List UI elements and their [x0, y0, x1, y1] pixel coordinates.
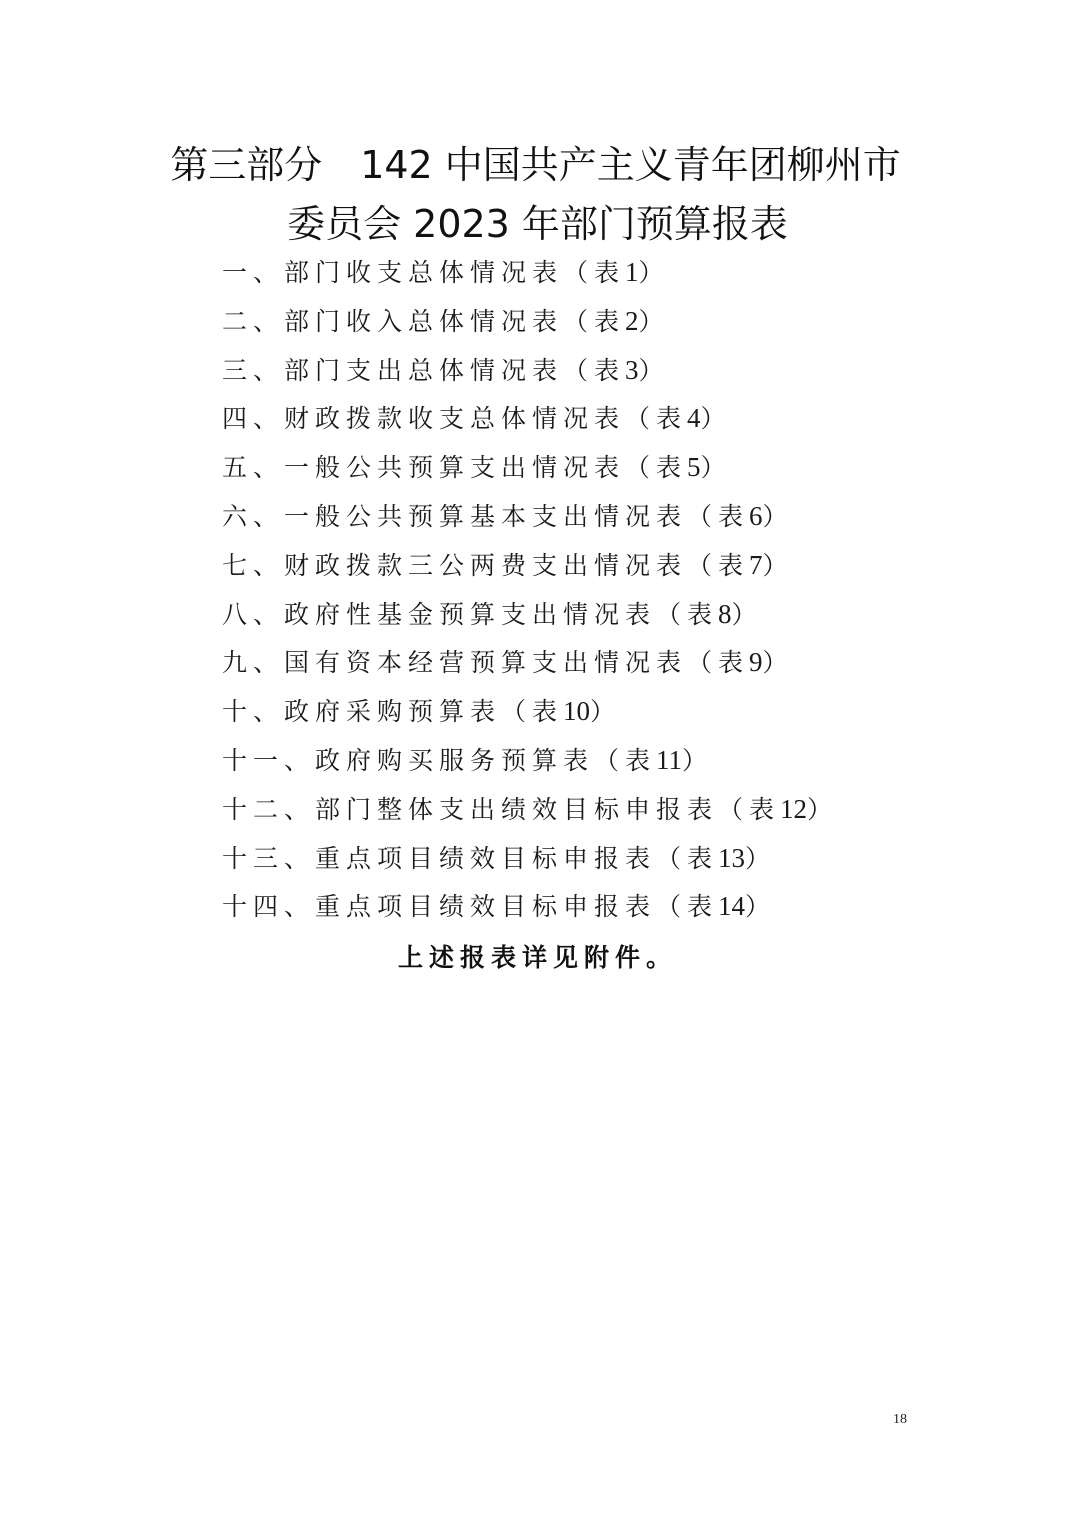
toc-item-number: 5	[687, 452, 701, 482]
toc-item: 一、部门收支总体情况表（表1）	[222, 254, 838, 303]
toc-item-close: ）	[590, 697, 621, 726]
attachment-note: 上述报表详见附件。	[0, 938, 1075, 974]
toc-item-number: 2	[625, 306, 639, 336]
toc-item-label: 九、国有资本经营预算支出情况表（表	[222, 648, 749, 677]
page-title-line-1: 第三部分 142 中国共产主义青年团柳州市	[0, 134, 1073, 189]
toc-item: 五、一般公共预算支出情况表（表5）	[222, 449, 838, 498]
page-number: 18	[893, 1412, 907, 1428]
toc-item-label: 八、政府性基金预算支出情况表（表	[222, 600, 718, 629]
toc-item: 八、政府性基金预算支出情况表（表8）	[222, 596, 838, 645]
toc-item-label: 三、部门支出总体情况表（表	[222, 356, 625, 385]
toc-item-number: 14	[718, 891, 745, 921]
toc-item-label: 六、一般公共预算基本支出情况表（表	[222, 502, 749, 531]
toc-item-label: 十二、部门整体支出绩效目标申报表（表	[222, 795, 780, 824]
toc-item-number: 3	[625, 355, 639, 385]
toc-item-close: ）	[639, 258, 670, 287]
page-title-line-2: 委员会 2023 年部门预算报表	[0, 193, 1075, 248]
toc-item-number: 8	[718, 599, 732, 629]
toc-item: 二、部门收入总体情况表（表2）	[222, 303, 838, 352]
toc-item: 十、政府采购预算表（表10）	[222, 693, 838, 742]
toc-item-number: 7	[749, 550, 763, 580]
toc-item: 十一、政府购买服务预算表（表11）	[222, 742, 838, 791]
toc-item-close: ）	[639, 307, 670, 336]
toc-item: 十四、重点项目绩效目标申报表（表14）	[222, 888, 838, 937]
toc-item-label: 五、一般公共预算支出情况表（表	[222, 453, 687, 482]
toc-item-number: 1	[625, 257, 639, 287]
toc-item-close: ）	[807, 795, 838, 824]
toc-item-number: 13	[718, 843, 745, 873]
toc-item-label: 七、财政拨款三公两费支出情况表（表	[222, 551, 749, 580]
toc-item: 十三、重点项目绩效目标申报表（表13）	[222, 840, 838, 889]
toc-item-close: ）	[763, 502, 794, 531]
toc-item: 十二、部门整体支出绩效目标申报表（表12）	[222, 791, 838, 840]
toc-item: 四、财政拨款收支总体情况表（表4）	[222, 400, 838, 449]
toc-item-close: ）	[701, 453, 732, 482]
toc-item-label: 一、部门收支总体情况表（表	[222, 258, 625, 287]
toc-item-number: 12	[780, 794, 807, 824]
toc-item-label: 二、部门收入总体情况表（表	[222, 307, 625, 336]
toc-item-number: 10	[563, 696, 590, 726]
toc-item: 三、部门支出总体情况表（表3）	[222, 352, 838, 401]
toc-item-number: 6	[749, 501, 763, 531]
toc-item-close: ）	[732, 600, 763, 629]
toc-item: 九、国有资本经营预算支出情况表（表9）	[222, 644, 838, 693]
toc-item-close: ）	[745, 892, 776, 921]
toc-item-number: 11	[656, 745, 682, 775]
toc-item-label: 四、财政拨款收支总体情况表（表	[222, 404, 687, 433]
toc-item: 七、财政拨款三公两费支出情况表（表7）	[222, 547, 838, 596]
toc-item-close: ）	[763, 551, 794, 580]
toc-item-number: 4	[687, 403, 701, 433]
toc-item-close: ）	[745, 844, 776, 873]
toc-item-close: ）	[701, 404, 732, 433]
toc-item-close: ）	[639, 356, 670, 385]
toc-item-close: ）	[682, 746, 713, 775]
table-of-contents: 一、部门收支总体情况表（表1） 二、部门收入总体情况表（表2） 三、部门支出总体…	[222, 254, 838, 937]
toc-item-label: 十四、重点项目绩效目标申报表（表	[222, 892, 718, 921]
toc-item-close: ）	[763, 648, 794, 677]
toc-item-label: 十三、重点项目绩效目标申报表（表	[222, 844, 718, 873]
toc-item-label: 十、政府采购预算表（表	[222, 697, 563, 726]
toc-item-label: 十一、政府购买服务预算表（表	[222, 746, 656, 775]
toc-item: 六、一般公共预算基本支出情况表（表6）	[222, 498, 838, 547]
toc-item-number: 9	[749, 647, 763, 677]
